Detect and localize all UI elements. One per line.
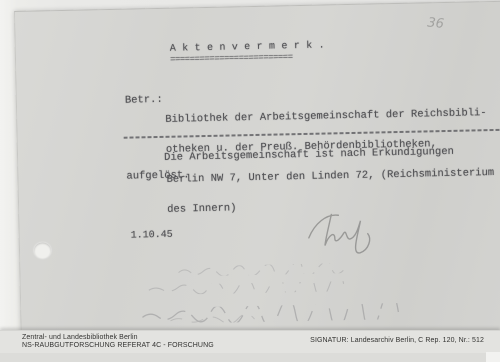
bleedthrough-mark [140, 302, 440, 324]
scanner-bottom-strip [0, 353, 500, 362]
archive-page-number: 36 [427, 15, 445, 32]
bleedthrough-mark [147, 281, 362, 296]
subject-line: Berlin NW 7, Unter den Linden 72, (Reich… [166, 168, 494, 185]
title-underline: ========================= [170, 52, 293, 65]
handwritten-signature [298, 200, 394, 262]
footer-signatur: SIGNATUR: Landesarchiv Berlin, C Rep. 12… [310, 337, 484, 344]
signature-stroke [298, 200, 394, 262]
scanner-corner-patch [486, 352, 500, 362]
memo-date: 1.10.45 [131, 231, 173, 242]
memo-body-line-2: aufgelöst. [126, 170, 189, 181]
document-paper-sheet: 36 A k t e n v e r m e r k . ===========… [14, 0, 500, 342]
subject-label: Betr.: [125, 95, 163, 106]
footer-institution: Zentral- und Landesbibliothek Berlin NS-… [22, 334, 214, 350]
subject-line: Bibliothek der Arbeitsgemeinschaft der R… [165, 108, 493, 125]
hole-punch [34, 242, 51, 258]
scanned-document-page: 36 A k t e n v e r m e r k . ===========… [0, 0, 500, 362]
bleedthrough-mark [176, 263, 356, 277]
provenance-footer-bar: Zentral- und Landesbibliothek Berlin NS-… [0, 330, 500, 353]
footer-institution-line1: Zentral- und Landesbibliothek Berlin [22, 334, 214, 342]
footer-institution-line2: NS-RAUBGUTFORSCHUNG REFERAT 4C - FORSCHU… [22, 342, 214, 350]
